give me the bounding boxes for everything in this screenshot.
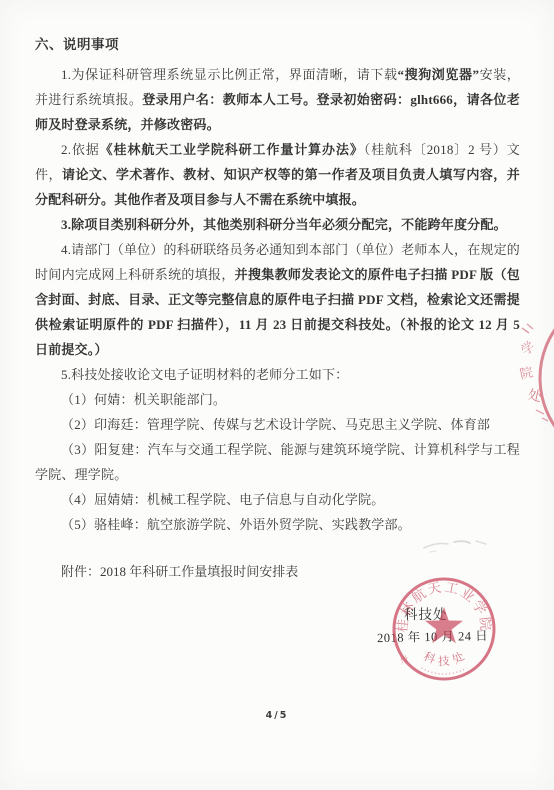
- paragraph: 3.除项目类别科研分外，其他类别科研分当年必须分配完，不能跨年度分配。: [35, 212, 520, 237]
- text-run-bold: “搜狗浏览器”: [398, 67, 480, 82]
- document-paragraphs: 1.为保证科研管理系统显示比例正常，界面清晰，请下载“搜狗浏览器”安装，并进行系…: [35, 62, 520, 537]
- edge-seal-char: 处: [527, 386, 544, 405]
- official-seal: 桂林航天工业学院 科技处 卅: [386, 571, 502, 687]
- paragraph: 2.依据《桂林航天工业学院科研工作量计算办法》（桂航科〔2018〕2 号）文件，…: [35, 137, 520, 212]
- text-run: （4）屈婧婧：机械工程学院、电子信息与自动化学院。: [61, 492, 385, 507]
- seal-serial-dots: [422, 668, 467, 674]
- paragraph: 5.科技处接收论文电子证明材料的老师分工如下：: [35, 362, 520, 387]
- text-run: （1）何婧：机关职能部门。: [61, 392, 226, 407]
- scanned-document-page: 六、说明事项 1.为保证科研管理系统显示比例正常，界面清晰，请下载“搜狗浏览器”…: [0, 0, 554, 790]
- text-run-bold: 3.除项目类别科研分外，其他类别科研分当年必须分配完，不能跨年度分配。: [61, 217, 507, 232]
- text-run-bold: 《桂林航天工业学院科研工作量计算办法》: [100, 142, 364, 157]
- seal-dept-text-curved: 科技处: [422, 646, 471, 668]
- text-run: （3）阳复建：汽车与交通工程学院、能源与建筑环境学院、计算机科学与工程学院、理学…: [35, 442, 520, 482]
- edge-seal-ring: [540, 302, 554, 452]
- partial-seal-right-edge: 学 院 处: [508, 302, 554, 452]
- handwriting-smudge: [420, 533, 492, 557]
- paragraph: （1）何婧：机关职能部门。: [35, 387, 520, 412]
- text-run: 1.为保证科研管理系统显示比例正常，界面清晰，请下载: [61, 67, 398, 82]
- edge-seal-char: 学: [518, 338, 537, 358]
- text-run: 5.科技处接收论文电子证明材料的老师分工如下：: [61, 367, 348, 382]
- paragraph: （4）屈婧婧：机械工程学院、电子信息与自动化学院。: [35, 487, 520, 512]
- text-run: （2）印海廷：管理学院、传媒与艺术设计学院、马克思主义学院、体育部: [61, 417, 490, 432]
- paragraph: 1.为保证科研管理系统显示比例正常，界面清晰，请下载“搜狗浏览器”安装，并进行系…: [35, 62, 520, 137]
- document-content: 六、说明事项 1.为保证科研管理系统显示比例正常，界面清晰，请下载“搜狗浏览器”…: [0, 0, 554, 584]
- text-run-bold: 请论文、学术著作、教材、知识产权等的第一作者及项目负责人填写内容，并分配科研分。…: [35, 167, 520, 207]
- paragraph: 4.请部门（单位）的科研联络员务必通知到本部门（单位）老师本人，在规定的时间内完…: [35, 237, 520, 362]
- text-run: 2.依据: [61, 142, 100, 157]
- edge-seal-char: 院: [518, 364, 534, 381]
- paragraph: （3）阳复建：汽车与交通工程学院、能源与建筑环境学院、计算机科学与工程学院、理学…: [35, 437, 520, 487]
- seal-star: [425, 607, 463, 643]
- page-number: 4/5: [0, 710, 554, 721]
- section-heading: 六、说明事项: [35, 34, 520, 55]
- paragraph: （2）印海廷：管理学院、传媒与艺术设计学院、马克思主义学院、体育部: [35, 412, 520, 437]
- edge-seal-marks: [522, 324, 533, 333]
- text-run: （5）骆桂峰：航空旅游学院、外语外贸学院、实践教学部。: [61, 517, 411, 532]
